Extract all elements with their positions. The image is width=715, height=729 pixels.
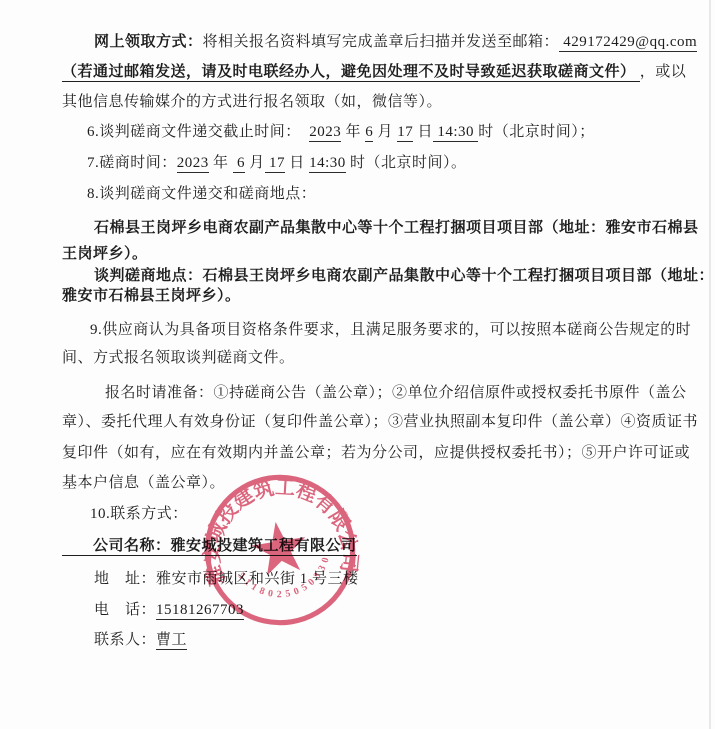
- text-line: 联系人：曹工: [94, 630, 187, 651]
- item8-label: 8.谈判磋商文件递交和磋商地点：: [87, 186, 316, 202]
- signup-requirements: 报名时请准备：①持磋商公告（盖公章）；②单位介绍信原件或授权委托书原件（盖公: [105, 385, 687, 401]
- item7-label: 7.磋商时间：: [87, 155, 177, 171]
- address-label: 地 址：: [94, 571, 156, 587]
- negotiation-location: 谈判磋商地点：石棉县王岗坪乡电商农副产品集散中心等十个工程打捆项目项目部（地址：: [94, 268, 714, 284]
- text-line: 基本户信息（盖公章）。: [62, 473, 225, 494]
- text-run: 年: [209, 155, 233, 171]
- document-page: 网上领取方式：将相关报名资料填写完成盖章后扫描并发送至邮箱： 429172429…: [0, 0, 715, 729]
- text-run: 时（北京时间）。: [346, 155, 467, 171]
- email-address: 429172429@qq.com: [559, 34, 697, 52]
- text-line: 8.谈判磋商文件递交和磋商地点：: [87, 184, 316, 205]
- address-value: 雅安市雨城区和兴街 1 号三楼: [156, 571, 359, 587]
- text-line: 地 址：雅安市雨城区和兴街 1 号三楼: [94, 569, 359, 590]
- online-method-text: 将相关报名资料填写完成盖章后扫描并发送至邮箱：: [203, 34, 560, 50]
- negotiation-month: 6: [233, 155, 245, 173]
- text-run: 日: [413, 124, 433, 140]
- negotiation-year: 2023: [177, 155, 209, 173]
- text-line: 10.联系方式：: [90, 504, 188, 525]
- negotiation-time: 14:30: [309, 155, 346, 173]
- text-line: 网上领取方式：将相关报名资料填写完成盖章后扫描并发送至邮箱： 429172429…: [94, 32, 697, 53]
- text-line: 谈判磋商地点：石棉县王岗坪乡电商农副产品集散中心等十个工程打捆项目项目部（地址：: [94, 266, 714, 287]
- text-run: 月: [373, 124, 397, 140]
- item9-text: 9.供应商认为具备项目资格条件要求，且满足服务要求的，可以按照本磋商公告规定的时: [90, 322, 691, 338]
- text-line: 电 话：15181267703: [94, 600, 244, 621]
- text-line: 报名时请准备：①持磋商公告（盖公章）；②单位介绍信原件或授权委托书原件（盖公: [105, 383, 687, 404]
- item9-text: 间、方式报名领取谈判磋商文件。: [62, 350, 295, 366]
- text-run: 年: [341, 124, 365, 140]
- text-line: 公司名称：雅安城投建筑工程有限公司: [62, 536, 357, 557]
- text-line: 其他信息传输媒介的方式进行报名领取（如，微信等）。: [62, 92, 442, 113]
- deadline-time: 14:30: [433, 124, 478, 142]
- item6-label: 6.谈判磋商文件递交截止时间：: [87, 124, 309, 140]
- text-run: ，或以: [640, 64, 687, 80]
- text-run: 日: [285, 155, 309, 171]
- contact-label: 联系人：: [94, 632, 156, 648]
- negotiation-location: 雅安市石棉县王岗坪乡）。: [62, 288, 241, 304]
- item10-label: 10.联系方式：: [90, 506, 188, 522]
- text-line: 王岗坪乡）。: [62, 244, 148, 265]
- contact-person: 曹工: [156, 632, 187, 650]
- online-method-label: 网上领取方式：: [94, 34, 203, 50]
- phone-number: 15181267703: [156, 602, 244, 620]
- signup-requirements: 复印件（如有，应在有效期内并盖公章；若为分公司，应提供授权委托书）；⑤开户许可证…: [62, 445, 690, 461]
- text-line: 石棉县王岗坪乡电商农副产品集散中心等十个工程打捆项目项目部（地址：雅安市石棉县: [94, 218, 699, 239]
- text-line: 雅安市石棉县王岗坪乡）。: [62, 286, 241, 307]
- deadline-day: 17: [397, 124, 413, 142]
- email-warning: （若通过邮箱发送，请及时电联经办人，避免因处理不及时导致延迟获取磋商文件）: [62, 64, 640, 82]
- text-run: 月: [245, 155, 265, 171]
- phone-label: 电 话：: [94, 602, 156, 618]
- text-run: 时（北京时间）；: [478, 124, 595, 140]
- scan-edge-shadow: [709, 0, 711, 729]
- text-line: （若通过邮箱发送，请及时电联经办人，避免因处理不及时导致延迟获取磋商文件） ，或…: [62, 62, 686, 83]
- text-line: 7.磋商时间：2023 年 6 月 17 日 14:30 时（北京时间）。: [87, 153, 467, 174]
- submission-location: 王岗坪乡）。: [62, 246, 148, 262]
- text-run: 其他信息传输媒介的方式进行报名领取（如，微信等）。: [62, 94, 442, 110]
- submission-location: 石棉县王岗坪乡电商农副产品集散中心等十个工程打捆项目项目部（地址：雅安市石棉县: [94, 220, 699, 236]
- signup-requirements: 章）、委托代理人有效身份证（复印件盖公章）；③营业执照副本复印件（盖公章）④资质…: [62, 414, 698, 430]
- text-line: 9.供应商认为具备项目资格条件要求，且满足服务要求的，可以按照本磋商公告规定的时: [90, 320, 691, 341]
- negotiation-day: 17: [265, 155, 285, 173]
- text-line: 复印件（如有，应在有效期内并盖公章；若为分公司，应提供授权委托书）；⑤开户许可证…: [62, 443, 690, 464]
- text-line: 间、方式报名领取谈判磋商文件。: [62, 348, 295, 369]
- company-name: 公司名称：雅安城投建筑工程有限公司: [62, 538, 357, 556]
- text-line: 章）、委托代理人有效身份证（复印件盖公章）；③营业执照副本复印件（盖公章）④资质…: [62, 412, 698, 433]
- deadline-year: 2023: [309, 124, 341, 142]
- text-line: 6.谈判磋商文件递交截止时间： 2023 年 6 月 17 日 14:30 时（…: [87, 122, 595, 143]
- signup-requirements: 基本户信息（盖公章）。: [62, 475, 225, 491]
